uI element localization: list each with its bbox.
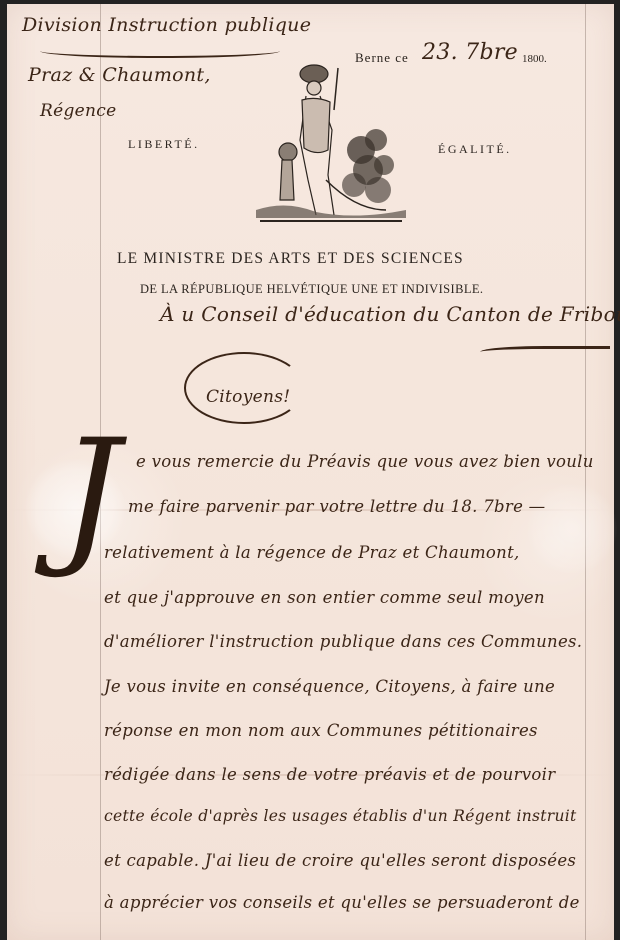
- addressee-line: À u Conseil d'éducation du Canton de Fri…: [160, 302, 620, 326]
- subject-annotation: Praz & Chaumont,: [28, 64, 211, 86]
- body-line: Je vous invite en conséquence, Citoyens,…: [104, 677, 555, 696]
- addressee-flourish: [480, 346, 610, 358]
- year-printed: 1800.: [522, 53, 547, 65]
- division-annotation: Division Instruction publique: [22, 14, 311, 36]
- body-line: à apprécier vos conseils et qu'elles se …: [104, 893, 580, 912]
- motto-egalite: ÉGALITÉ.: [438, 142, 512, 157]
- body-line: et capable. J'ai lieu de croire qu'elles…: [104, 851, 576, 870]
- body-line: d'améliorer l'instruction publique dans …: [104, 632, 582, 651]
- minister-title: LE MINISTRE DES ARTS ET DES SCIENCES: [117, 250, 464, 268]
- body-line: me faire parvenir par votre lettre du 18…: [128, 497, 545, 516]
- scan-frame: Division Instruction publique Praz & Cha…: [0, 0, 620, 940]
- salutation: Citoyens!: [206, 387, 290, 407]
- body-line: cette école d'après les usages établis d…: [104, 807, 577, 825]
- date-handwritten: 23. 7bre: [422, 40, 518, 65]
- guillaume-tell-with-son-engraving-icon: [256, 60, 406, 224]
- body-line: e vous remercie du Préavis que vous avez…: [136, 452, 594, 471]
- body-line: et que j'approuve en son entier comme se…: [104, 588, 545, 607]
- body-line: rédigée dans le sens de votre préavis et…: [104, 765, 555, 784]
- republic-title: DE LA RÉPUBLIQUE HELVÉTIQUE UNE ET INDIV…: [140, 282, 483, 297]
- subject-sub-annotation: Régence: [40, 101, 116, 121]
- body-line: relativement à la régence de Praz et Cha…: [104, 543, 520, 562]
- right-margin-rule: [585, 4, 586, 940]
- division-flourish: [40, 44, 280, 58]
- body-line: réponse en mon nom aux Communes pétition…: [104, 721, 538, 740]
- motto-liberte: LIBERTÉ.: [128, 137, 200, 152]
